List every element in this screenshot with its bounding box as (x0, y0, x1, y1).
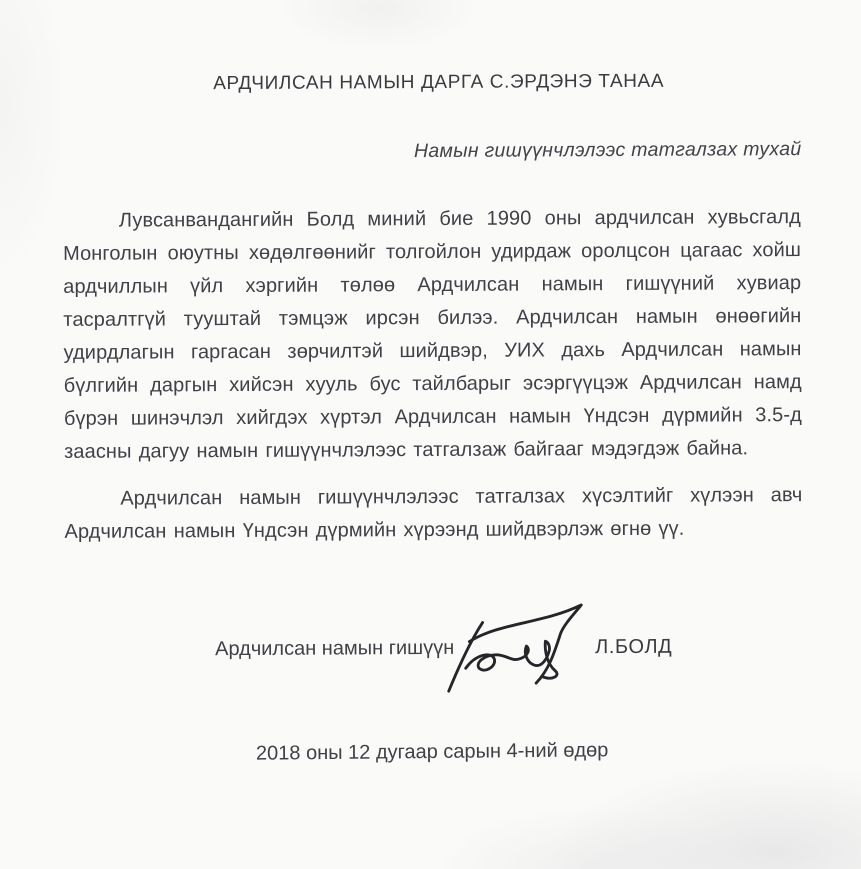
signature-scribble (437, 595, 590, 700)
date-line: 2018 оны 12 дугаар сарын 4-ний өдөр (2, 737, 861, 768)
signature-role-label: Ардчилсан намын гишүүн (215, 637, 454, 661)
recipient-heading: АРДЧИЛСАН НАМЫН ДАРГА С.ЭРДЭНЭ ТАНАА (8, 70, 861, 97)
letter-body: Лувсанвандангийн Болд миний бие 1990 оны… (63, 201, 803, 549)
subject-line: Намын гишүүнчлэлээс татгалзах тухай (414, 138, 802, 163)
signatory-name: Л.БОЛД (595, 636, 672, 659)
scanned-letter-page: АРДЧИЛСАН НАМЫН ДАРГА С.ЭРДЭНЭ ТАНАА Нам… (0, 0, 861, 869)
body-paragraph-2: Ардчилсан намын гишүүнчлэлээс татгалзах … (64, 479, 802, 549)
body-paragraph-1: Лувсанвандангийн Болд миний бие 1990 оны… (63, 201, 802, 469)
letter-content: АРДЧИЛСАН НАМЫН ДАРГА С.ЭРДЭНЭ ТАНАА Нам… (0, 0, 861, 869)
